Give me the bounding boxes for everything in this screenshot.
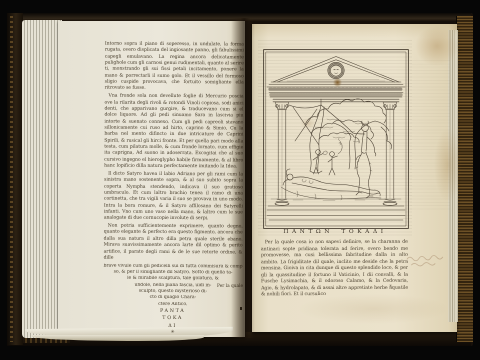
foxing-stain xyxy=(434,128,462,202)
left-text-column: Intorno sopra il piano di soperesso, in … xyxy=(103,42,244,336)
printer-flower-ornament: ✳ xyxy=(103,329,242,335)
photo-backdrop: Intorno sopra il piano di soperesso, in … xyxy=(0,0,480,360)
left-page-stack xyxy=(22,20,62,338)
wreath-medallion xyxy=(328,62,344,78)
paragraph: Intorno sopra il piano di soperesso, in … xyxy=(105,42,244,94)
colophon-caps: TOKA xyxy=(103,316,242,323)
handwritten-marginalia xyxy=(405,250,449,270)
right-text-column: Per la quale cosa io non sapevi definire… xyxy=(261,240,408,299)
colophon-caps: PANTA xyxy=(103,309,242,316)
taper-line: ctere Antico. xyxy=(103,301,242,308)
greek-caption: ΠΑΝΤΩΝ ΤΟΚΑΔΙ xyxy=(259,229,411,235)
paragraph: Vna fronde sola non devellute foglie di … xyxy=(104,94,243,171)
base-plinth xyxy=(267,199,405,220)
sleeping-nymph xyxy=(281,169,381,200)
satyr-children xyxy=(313,138,342,175)
column-left xyxy=(275,102,289,205)
woodcut-illustration xyxy=(263,49,409,229)
foxing-stain xyxy=(252,24,457,38)
tree xyxy=(305,99,392,169)
paragraph: Il dicto Satyro havea il labio Adriano p… xyxy=(104,171,243,223)
left-gilt-tooling xyxy=(10,16,13,342)
column-right xyxy=(383,102,397,205)
paragraph-end-mark: ✳ xyxy=(389,283,392,288)
paragraph: Non potria sufficientemente exprimere, q… xyxy=(104,224,243,263)
gutter-shadow xyxy=(231,18,255,338)
foxing-stain xyxy=(333,78,342,87)
